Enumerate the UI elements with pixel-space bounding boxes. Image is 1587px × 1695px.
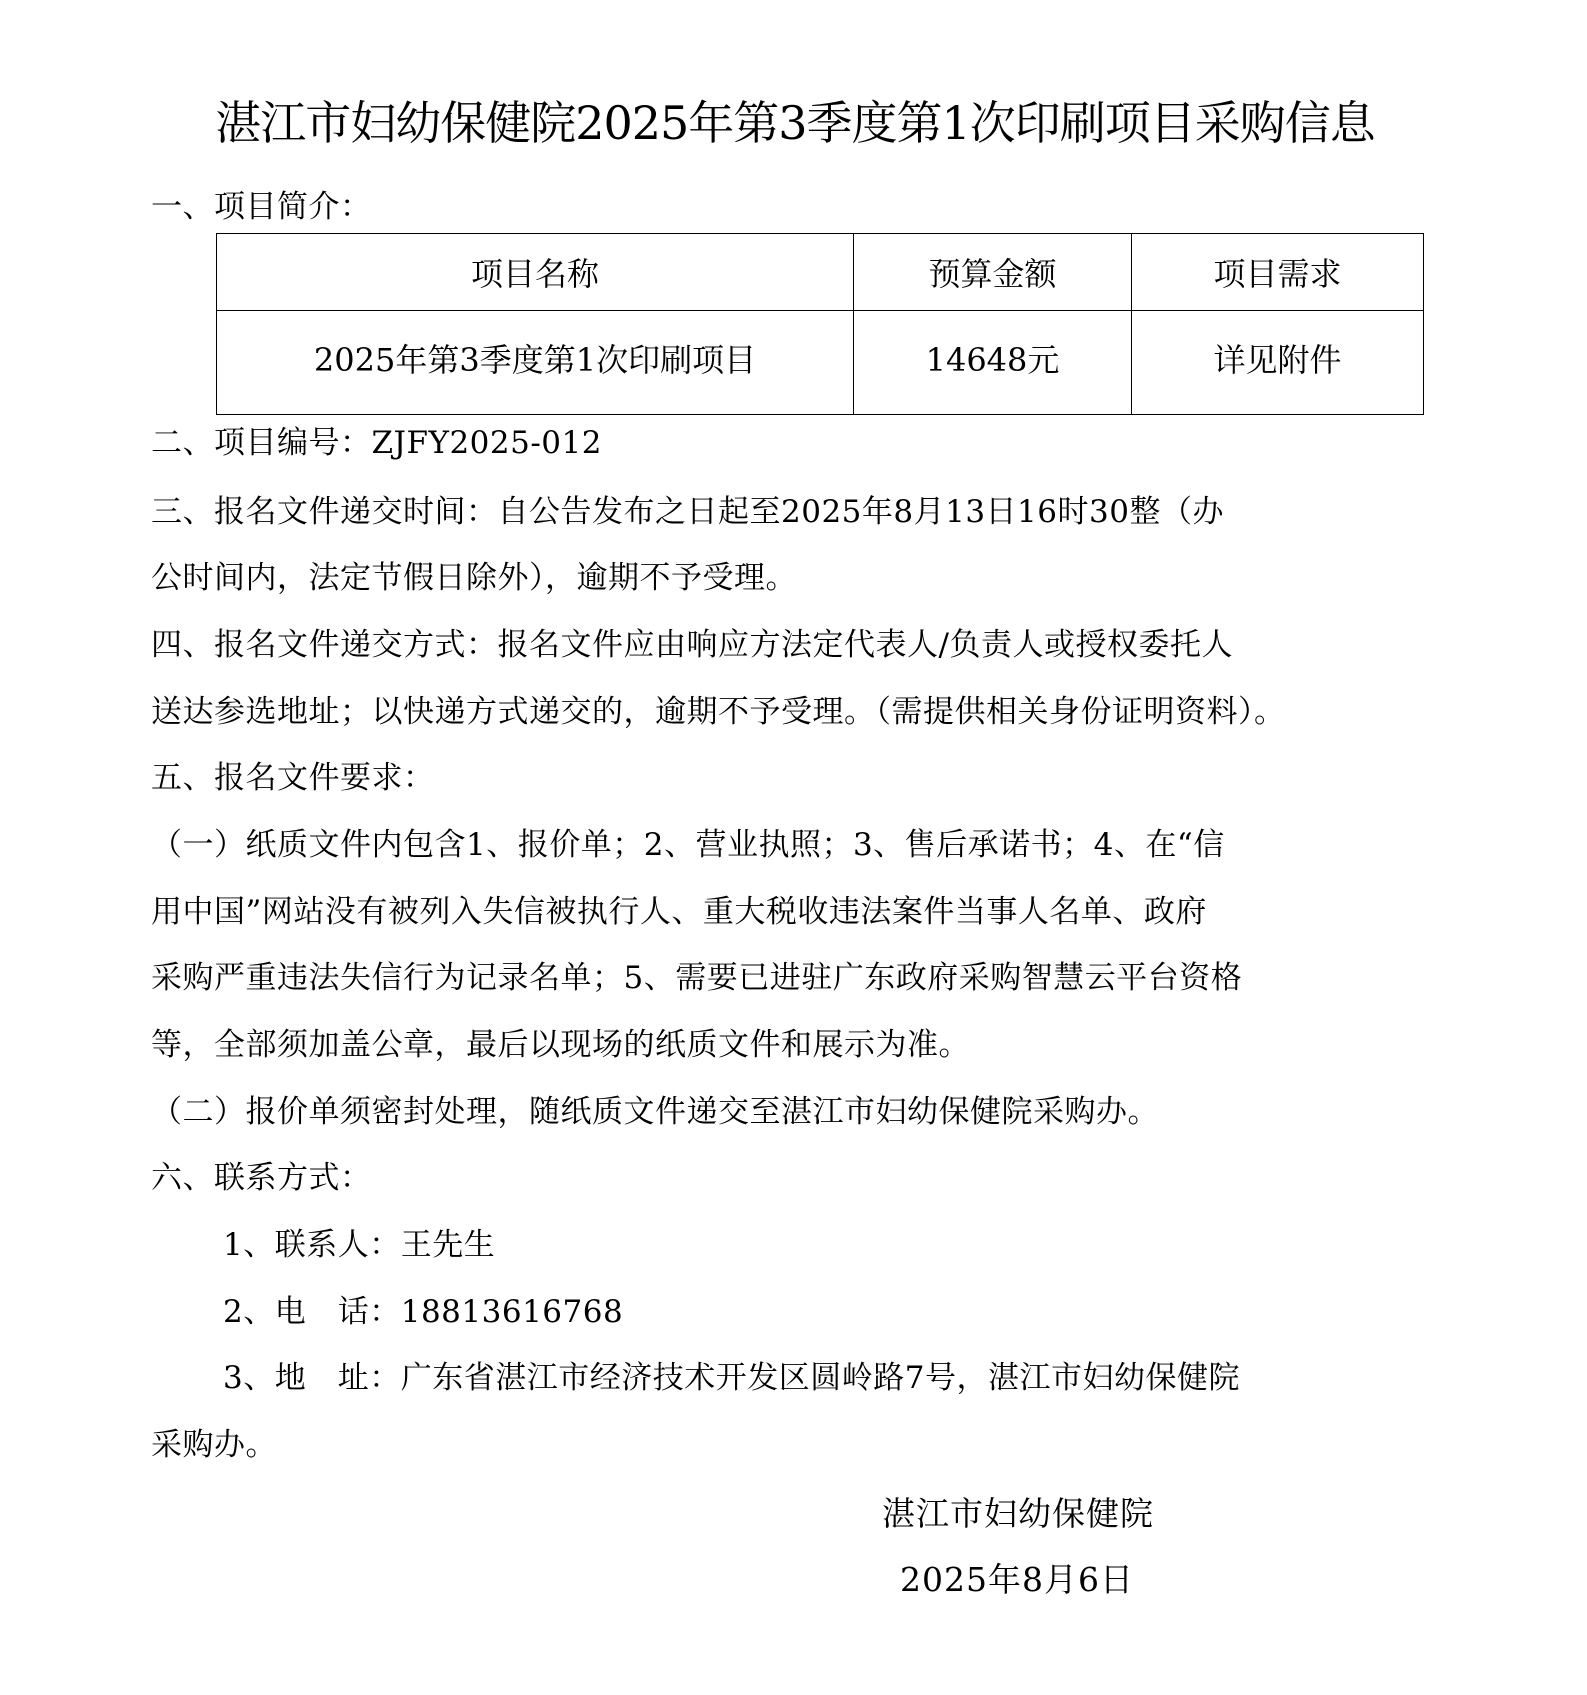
requirement-1-line-3: 采购严重违法失信行为记录名单；5、需要已进驻广东政府采购智慧云平台资格 xyxy=(151,958,1242,998)
section-5-heading: 五、报名文件要求： xyxy=(151,758,435,798)
requirement-2: （二）报价单须密封处理，随纸质文件递交至湛江市妇幼保健院采购办。 xyxy=(151,1092,1159,1132)
contact-phone: 2、电 话：18813616768 xyxy=(223,1292,623,1332)
signature-date: 2025年8月6日 xyxy=(900,1558,1134,1602)
signature-organization: 湛江市妇幼保健院 xyxy=(882,1492,1154,1536)
table-header-requirements: 项目需求 xyxy=(1132,234,1424,311)
table-cell-project-name: 2025年第3季度第1次印刷项目 xyxy=(217,311,854,415)
submission-method-line-2: 送达参选地址；以快递方式递交的，逾期不予受理。（需提供相关身份证明资料）。 xyxy=(151,692,1286,732)
table-header-project-name: 项目名称 xyxy=(217,234,854,311)
project-number: 二、项目编号：ZJFY2025-012 xyxy=(151,423,602,463)
contact-person: 1、联系人：王先生 xyxy=(223,1225,495,1265)
submission-method-line-1: 四、报名文件递交方式：报名文件应由响应方法定代表人/负责人或授权委托人 xyxy=(151,625,1233,665)
project-summary-table: 项目名称 预算金额 项目需求 2025年第3季度第1次印刷项目 14648元 详… xyxy=(216,233,1424,415)
contact-address-line-1: 3、地 址：广东省湛江市经济技术开发区圆岭路7号，湛江市妇幼保健院 xyxy=(223,1358,1240,1398)
contact-address-line-2: 采购办。 xyxy=(151,1425,277,1465)
requirement-1-line-4: 等，全部须加盖公章，最后以现场的纸质文件和展示为准。 xyxy=(151,1025,970,1065)
table-header-budget: 预算金额 xyxy=(854,234,1132,311)
submission-time-line-1: 三、报名文件递交时间：自公告发布之日起至2025年8月13日16时30整（办 xyxy=(151,492,1224,532)
section-6-heading: 六、联系方式： xyxy=(151,1158,372,1198)
table-cell-requirements: 详见附件 xyxy=(1132,311,1424,415)
table-row: 2025年第3季度第1次印刷项目 14648元 详见附件 xyxy=(217,311,1424,415)
table-header-row: 项目名称 预算金额 项目需求 xyxy=(217,234,1424,311)
document-title: 湛江市妇幼保健院2025年第3季度第1次印刷项目采购信息 xyxy=(150,88,1440,158)
section-1-heading: 一、项目简介： xyxy=(151,187,372,227)
phone-label: 2、电 话： xyxy=(223,1294,401,1330)
phone-number: 18813616768 xyxy=(401,1294,623,1330)
submission-time-line-2: 公时间内，法定节假日除外），逾期不予受理。 xyxy=(151,558,797,598)
requirement-1-line-1: （一）纸质文件内包含1、报价单；2、营业执照；3、售后承诺书；4、在“信 xyxy=(151,825,1225,865)
requirement-1-line-2: 用中国”网站没有被列入失信被执行人、重大税收违法案件当事人名单、政府 xyxy=(151,892,1207,932)
table-cell-budget: 14648元 xyxy=(854,311,1132,415)
